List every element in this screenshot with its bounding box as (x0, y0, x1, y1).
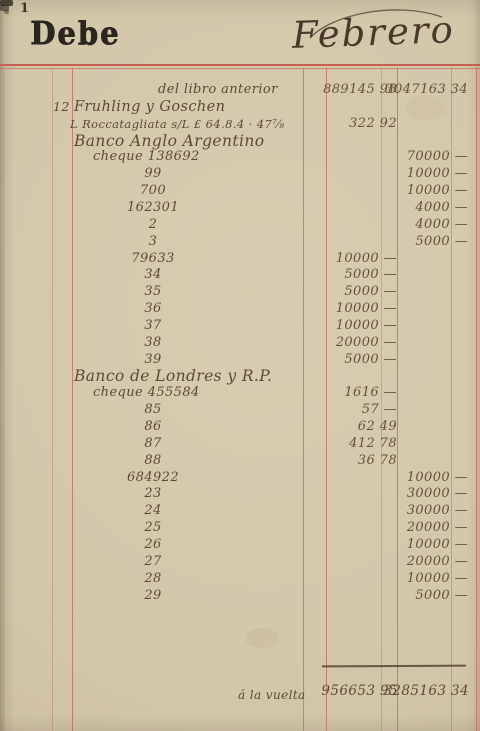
amount-right-column: 4000 — (374, 217, 468, 233)
ledger-body: del libro anterior889145 983047163 3412F… (0, 0, 480, 731)
row-description: 35 (103, 284, 203, 300)
ledger-row: Banco Anglo Argentino (0, 133, 480, 150)
amount-middle-column: 20000 — (302, 335, 397, 351)
ledger-row: 1623014000 — (0, 200, 480, 217)
ledger-row: L Roccatagliata s/L £ 64.8.4 · 47⁷⁄₈322 … (0, 116, 480, 133)
row-description: 34 (103, 267, 203, 283)
row-description: Banco Anglo Argentino (74, 133, 264, 149)
ledger-page: 1 Debe Febrero del libro anterior889145 … (0, 0, 480, 731)
row-description: 2 (103, 217, 203, 233)
ledger-row: cheque 4555841616 — (0, 385, 480, 402)
entry-date: 12 (53, 99, 70, 115)
row-description: 27 (103, 554, 203, 570)
ledger-row: 3710000 — (0, 318, 480, 335)
amount-middle-column: 5000 — (302, 284, 397, 300)
amount-middle-column: 1616 — (302, 385, 397, 401)
row-description: 99 (103, 166, 203, 182)
amount-right-column: 70000 — (374, 149, 468, 165)
row-description: 85 (103, 402, 203, 418)
amount-middle-column: 322 92 (302, 116, 397, 132)
row-description: 39 (103, 352, 203, 368)
ledger-row: 8557 — (0, 402, 480, 419)
row-description: 28 (103, 571, 203, 587)
amount-right-column: 5000 — (374, 234, 468, 250)
ledger-row: 295000 — (0, 588, 480, 605)
row-description: 25 (103, 520, 203, 536)
amount-right-column: 5000 — (374, 588, 468, 604)
ledger-row: del libro anterior889145 983047163 34 (0, 82, 480, 99)
amount-middle-column: 57 — (302, 402, 397, 418)
amount-right-column: 10000 — (374, 537, 468, 553)
amount-middle-column: 36 78 (302, 453, 397, 469)
ledger-row: 68492210000 — (0, 470, 480, 487)
row-description: del libro anterior (158, 82, 278, 98)
row-description: cheque 138692 (93, 149, 200, 165)
total-right-column: 3285163 34 (374, 683, 469, 699)
ledger-row: 345000 — (0, 267, 480, 284)
row-description: 23 (103, 486, 203, 502)
ledger-row: 8836 78 (0, 453, 480, 470)
ledger-row: 2520000 — (0, 520, 480, 537)
ledger-row: 7963310000 — (0, 251, 480, 268)
ledger-row: 2810000 — (0, 571, 480, 588)
ledger-row: 3610000 — (0, 301, 480, 318)
amount-right-column: 20000 — (374, 554, 468, 570)
ledger-row: 12Fruhling y Goschen (0, 99, 480, 116)
amount-middle-column: 10000 — (302, 318, 397, 334)
amount-right-column: 4000 — (374, 200, 468, 216)
row-description: 79633 (103, 251, 203, 267)
amount-right-column: 10000 — (374, 166, 468, 182)
row-description: 29 (103, 588, 203, 604)
ledger-row: Banco de Londres y R.P. (0, 368, 480, 385)
ledger-row: 2610000 — (0, 537, 480, 554)
amount-right-column: 3047163 34 (374, 82, 468, 98)
amount-middle-column: 62 49 (302, 419, 397, 435)
ledger-row: 2430000 — (0, 503, 480, 520)
row-description: 24 (103, 503, 203, 519)
row-description: L Roccatagliata s/L £ 64.8.4 · 47⁷⁄₈ (70, 116, 285, 132)
amount-right-column: 30000 — (374, 503, 468, 519)
row-description: 684922 (103, 470, 203, 486)
row-description: 3 (103, 234, 203, 250)
ledger-row: 8662 49 (0, 419, 480, 436)
row-description: 38 (103, 335, 203, 351)
amount-right-column: 20000 — (374, 520, 468, 536)
row-description: Banco de Londres y R.P. (74, 368, 272, 384)
ledger-row: 87412 78 (0, 436, 480, 453)
amount-middle-column: 5000 — (302, 352, 397, 368)
amount-middle-column: 5000 — (302, 267, 397, 283)
ledger-row: 35000 — (0, 234, 480, 251)
row-description: cheque 455584 (93, 385, 200, 401)
amount-middle-column: 10000 — (302, 251, 397, 267)
ledger-row: cheque 13869270000 — (0, 149, 480, 166)
row-description: 700 (103, 183, 203, 199)
amount-right-column: 30000 — (374, 486, 468, 502)
ledger-row: 355000 — (0, 284, 480, 301)
amount-middle-column: 412 78 (302, 436, 397, 452)
row-description: 37 (103, 318, 203, 334)
ledger-row: 2720000 — (0, 554, 480, 571)
row-description: 162301 (103, 200, 203, 216)
row-description: 86 (103, 419, 203, 435)
row-description: Fruhling y Goschen (74, 99, 225, 115)
ledger-row: 395000 — (0, 352, 480, 369)
row-description: 87 (103, 436, 203, 452)
carry-forward-label: á la vuelta (238, 688, 306, 702)
amount-right-column: 10000 — (374, 470, 468, 486)
amount-right-column: 10000 — (374, 571, 468, 587)
row-description: 36 (103, 301, 203, 317)
amount-right-column: 10000 — (374, 183, 468, 199)
ledger-row: 2330000 — (0, 486, 480, 503)
ledger-row: 70010000 — (0, 183, 480, 200)
row-description: 88 (103, 453, 203, 469)
ledger-row: 3820000 — (0, 335, 480, 352)
amount-middle-column: 10000 — (302, 301, 397, 317)
ledger-row: 9910000 — (0, 166, 480, 183)
row-description: 26 (103, 537, 203, 553)
ledger-row: 24000 — (0, 217, 480, 234)
